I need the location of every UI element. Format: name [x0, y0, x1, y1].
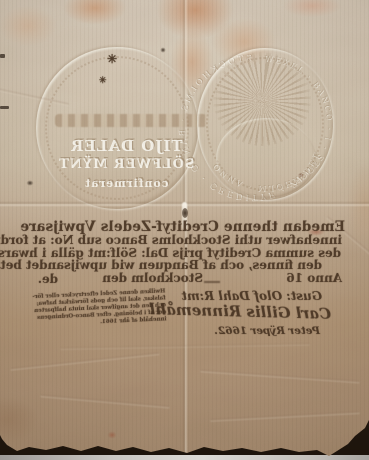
banknote-paper: STOCKHOLMS · BANCO · CREDITYF · ZEDEL ST…	[0, 0, 369, 460]
paper-grain-texture	[0, 0, 369, 460]
table-surface	[0, 455, 369, 460]
photo-stage: STOCKHOLMS · BANCO · CREDITYF · ZEDEL ST…	[0, 0, 369, 460]
